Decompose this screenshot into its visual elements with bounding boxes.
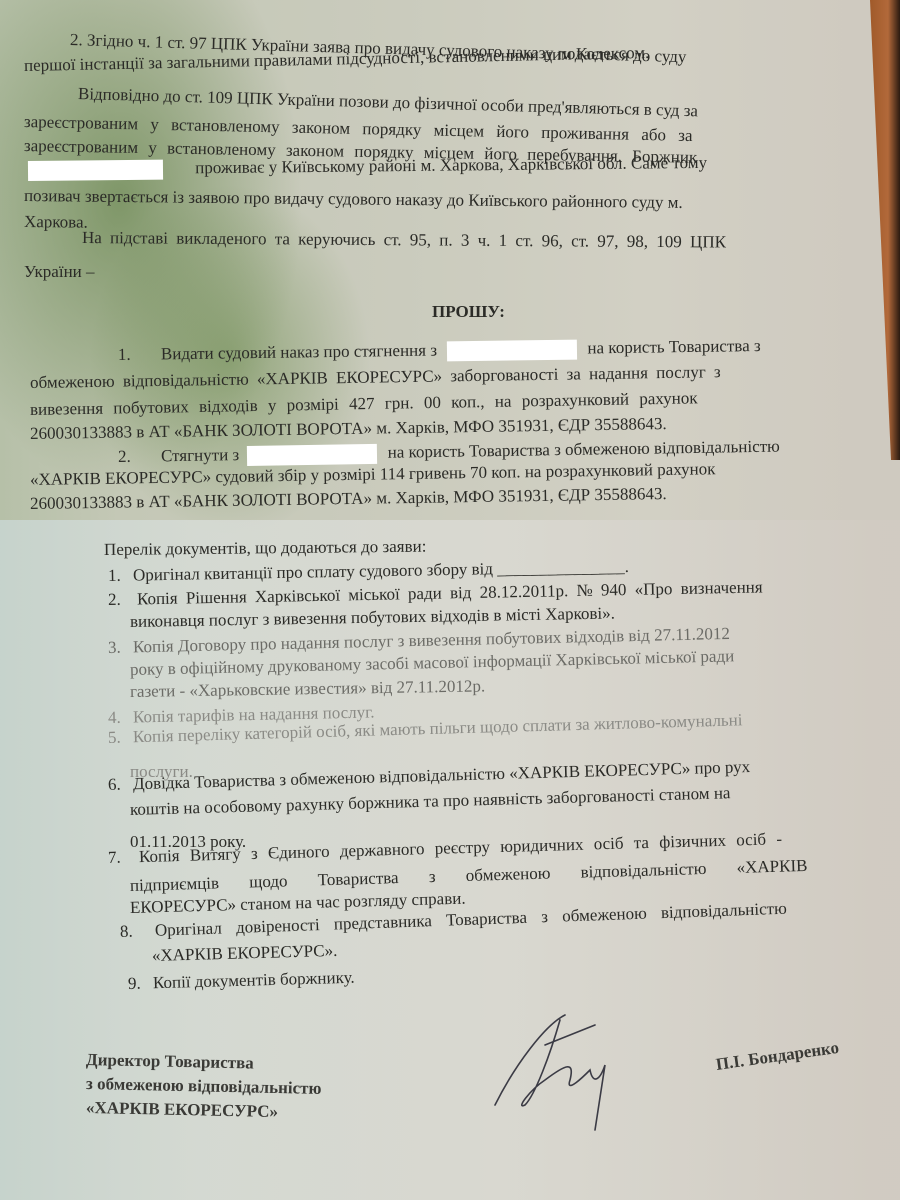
redacted-name: [447, 340, 577, 362]
attachments-heading: Перелік документів, що додаються до заяв…: [104, 537, 427, 560]
signer-position-line: Директор Товариства: [86, 1050, 254, 1074]
document-page: 2. Згідно ч. 1 ст. 97 ЦПК України заява …: [0, 0, 900, 1200]
redacted-name: [28, 160, 163, 181]
request-1-line: 1. Видати судовий наказ про стягнення з …: [118, 336, 761, 366]
intro-line: На підставі викладеного та керуючись ст.…: [82, 228, 726, 252]
signer-position-line: з обмеженою відповідальністю: [86, 1074, 322, 1099]
attachment-9: 9. Копії документів боржнику.: [128, 968, 355, 994]
signer-name: П.І. Бондаренко: [715, 1038, 841, 1075]
intro-line: України –: [24, 262, 95, 282]
intro-line: Харкова.: [24, 212, 88, 233]
handwritten-signature: [475, 1005, 655, 1145]
attachment-3-line: газети - «Харьковские известия» від 27.1…: [130, 676, 485, 702]
request-heading: ПРОШУ:: [432, 302, 505, 322]
attachment-8-line: «ХАРКІВ ЕКОРЕСУРС».: [152, 941, 338, 966]
redacted-name: [247, 444, 377, 466]
intro-line: позивач звертається із заявою про видачу…: [24, 186, 683, 213]
request-1-line: обмеженою відповідальністю «ХАРКІВ ЕКОРЕ…: [30, 362, 721, 393]
signer-position-line: «ХАРКІВ ЕКОРЕСУРС»: [86, 1098, 278, 1122]
